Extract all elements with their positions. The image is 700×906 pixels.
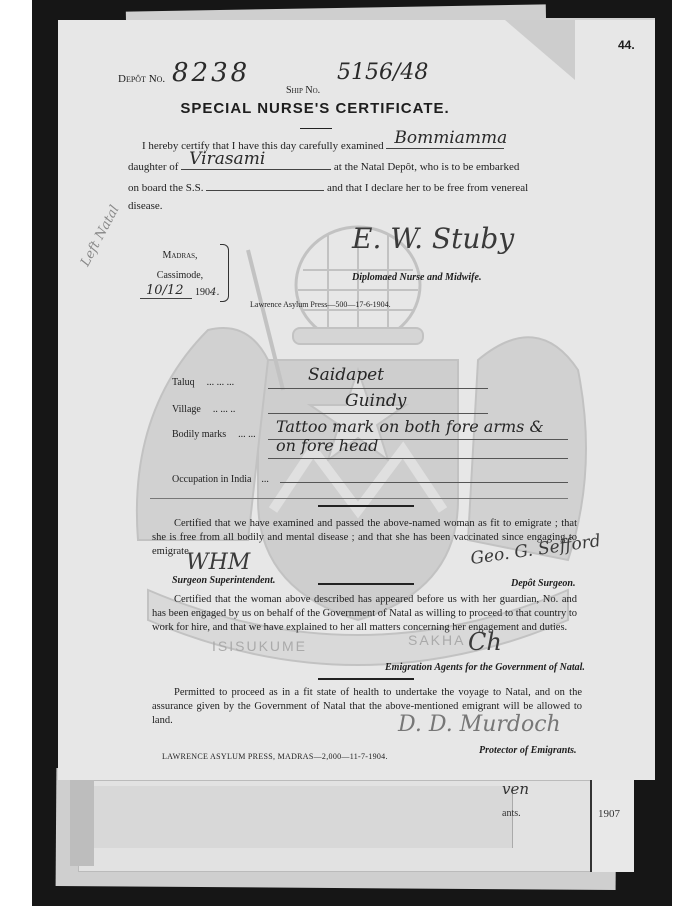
folded-corner <box>505 20 575 80</box>
depot-number-value: 8238 <box>172 58 250 88</box>
village-line <box>268 413 488 414</box>
underlying-script: ven <box>502 780 529 798</box>
underlying-sheet <box>92 786 513 848</box>
press-line-top: Lawrence Asylum Press—500—17-6-1904. <box>250 300 391 309</box>
ship-name-field <box>206 176 324 191</box>
place-locality: Cassimode, <box>145 270 215 281</box>
certificate-title: SPECIAL NURSE'S CERTIFICATE. <box>0 100 610 117</box>
surgeon-superintendent-signature: WHM <box>186 550 250 575</box>
protector-role: Protector of Emigrants. <box>479 745 577 756</box>
underlying-text: ants. <box>502 808 521 819</box>
field-label: Taluq <box>172 377 195 388</box>
field-label: Occupation in India <box>172 474 251 485</box>
leader-dots: .. ... .. <box>213 404 236 415</box>
paper-tab <box>70 776 94 866</box>
year-printed: 1904. <box>195 287 220 298</box>
field-label: Village <box>172 404 201 415</box>
crest-motto-right: SAKHA <box>408 632 465 648</box>
ship-number-value: 5156/48 <box>337 60 428 85</box>
examined-name-field: Bommiamma <box>386 134 504 149</box>
press-line-bottom: LAWRENCE ASYLUM PRESS, MADRAS—2,000—11-7… <box>162 752 388 761</box>
village-value: Guindy <box>345 391 406 411</box>
title-underline <box>300 128 332 129</box>
father-name-field: Virasami <box>181 155 331 170</box>
occupation-label: Occupation in India... <box>172 474 269 485</box>
bodily-marks-line-2 <box>268 458 568 459</box>
intro-line-2: daughter of Virasami at the Natal Depôt,… <box>128 155 578 177</box>
village-label: Village.. ... .. <box>172 404 235 415</box>
underlying-year: 1907 <box>598 808 620 820</box>
depot-surgeon-role: Depôt Surgeon. <box>511 578 575 589</box>
nurse-role: Diplomaed Nurse and Midwife. <box>352 272 481 283</box>
taluq-line <box>268 388 488 389</box>
date-value: 10/12 <box>146 283 183 298</box>
ship-number-label: Ship No. <box>286 85 320 96</box>
section-rule <box>318 583 414 585</box>
section-divider <box>150 498 568 499</box>
certified-engaged-paragraph: Certified that the woman above described… <box>152 593 577 635</box>
underlying-sheet <box>590 780 634 872</box>
ss-label: on board the S.S. <box>128 182 203 194</box>
year-hand: 4. <box>210 287 220 298</box>
brace <box>220 244 229 302</box>
bodily-marks-value-2: on fore head <box>276 436 378 455</box>
intro-line-3-suffix: and that I declare her to be free from v… <box>327 182 528 194</box>
field-label: Bodily marks <box>172 429 226 440</box>
intro-line-4: disease. <box>128 196 163 216</box>
year-prefix: 190 <box>195 287 210 298</box>
leader-dots: ... ... <box>238 429 256 440</box>
intro-line-2-suffix: at the Natal Depôt, who is to be embarke… <box>334 161 519 173</box>
date-field: 10/12 <box>140 284 192 299</box>
leader-dots: ... <box>261 474 269 485</box>
surgeon-superintendent-role: Surgeon Superintendent. <box>172 575 275 586</box>
leader-dots: ... ... ... <box>207 377 235 388</box>
intro-line-3: on board the S.S. and that I declare her… <box>128 176 578 198</box>
taluq-value: Saidapet <box>308 365 384 385</box>
bodily-marks-label: Bodily marks... ... <box>172 429 256 440</box>
section-rule <box>318 505 414 507</box>
crest-motto-left: ISISUKUME <box>212 638 307 654</box>
place-city: Madras, <box>150 250 210 261</box>
occupation-line <box>280 482 568 483</box>
emigration-agents-role: Emigration Agents for the Government of … <box>385 662 585 673</box>
examined-name: Bommiamma <box>394 128 507 148</box>
page-number: 44. <box>618 38 635 52</box>
taluq-label: Taluq... ... ... <box>172 377 234 388</box>
daughter-of-label: daughter of <box>128 161 178 173</box>
nurse-signature: E. W. Stuby <box>352 222 514 255</box>
depot-number-label: Depôt No. <box>118 73 165 85</box>
section-rule <box>318 678 414 680</box>
emigration-agents-signature: Ch <box>468 628 502 656</box>
protector-signature: D. D. Murdoch <box>398 712 561 737</box>
father-name: Virasami <box>189 149 265 169</box>
bodily-marks-value: Tattoo mark on both fore arms & <box>276 417 544 436</box>
